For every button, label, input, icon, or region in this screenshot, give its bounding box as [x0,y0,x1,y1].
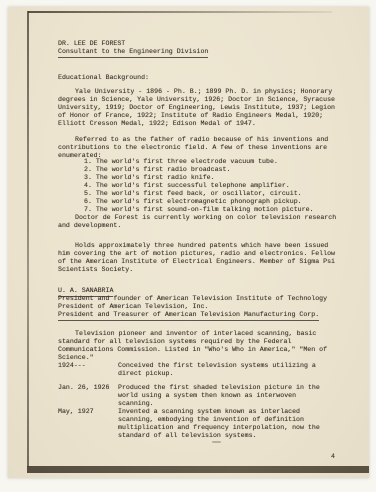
current-work-paragraph: Doctor de Forest is currently working on… [58,214,337,230]
page-number: 4 [331,453,335,461]
timeline-text: Invented a scanning system known as inte… [118,408,334,440]
education-paragraph: Yale University - 1896 - Ph. B.; 1899 Ph… [58,88,337,128]
list-item: 2. The world's first radio broadcast. [84,166,334,174]
list-item: 3. The world's first radio knife. [84,174,334,182]
timeline-text: Conceived the first television systems u… [118,362,334,378]
scanned-document-page: DR. LEE DE FOREST Consultant to the Engi… [0,0,376,492]
deforest-role-text: Consultant to the Engineering Division [58,48,208,58]
timeline-text: Produced the first shaded television pic… [118,384,334,408]
timeline-row-1924: 1924--- Conceived the first television s… [58,362,334,378]
deforest-name-heading: DR. LEE DE FOREST [58,40,125,48]
sanabria-summary-paragraph: Television pioneer and inventor of inter… [58,330,340,362]
timeline-date: 1924--- [58,362,118,378]
sanabria-titles: President and founder of American Televi… [58,295,348,321]
timeline-date: May, 1927 [58,408,118,440]
sanabria-title-2: President of American Television, Inc. [58,303,348,311]
timeline-row-1926: Jan. 26, 1926 Produced the first shaded … [58,384,334,408]
list-item: 6. The world's first electromagnetic pho… [84,198,334,206]
sanabria-title-1: President and founder of American Televi… [58,295,348,303]
list-item: 7. The world's first sound-on-film talki… [84,206,334,214]
intro-paragraph: Referred to as the father of radio becau… [58,136,337,160]
deforest-role-heading: Consultant to the Engineering Division [58,48,208,58]
smudge-mark [212,441,221,443]
timeline-row-1927: May, 1927 Invented a scanning system kno… [58,408,334,440]
education-heading: Educational Background: [58,74,149,82]
scan-edge-top [28,11,332,13]
list-item: 1. The world's first three electrode vac… [84,158,334,166]
list-item: 4. The world's first successful telephon… [84,182,334,190]
patents-paragraph: Holds approximately three hundred patent… [58,242,339,274]
scan-edge-bottom [27,466,369,473]
sanabria-title-3: President and Treasurer of American Tele… [58,311,319,321]
list-item: 5. The world's first feed back, or oscil… [84,190,334,198]
timeline-date: Jan. 26, 1926 [58,384,118,408]
inventions-list: 1. The world's first three electrode vac… [84,158,334,214]
scan-edge-left [27,11,29,467]
